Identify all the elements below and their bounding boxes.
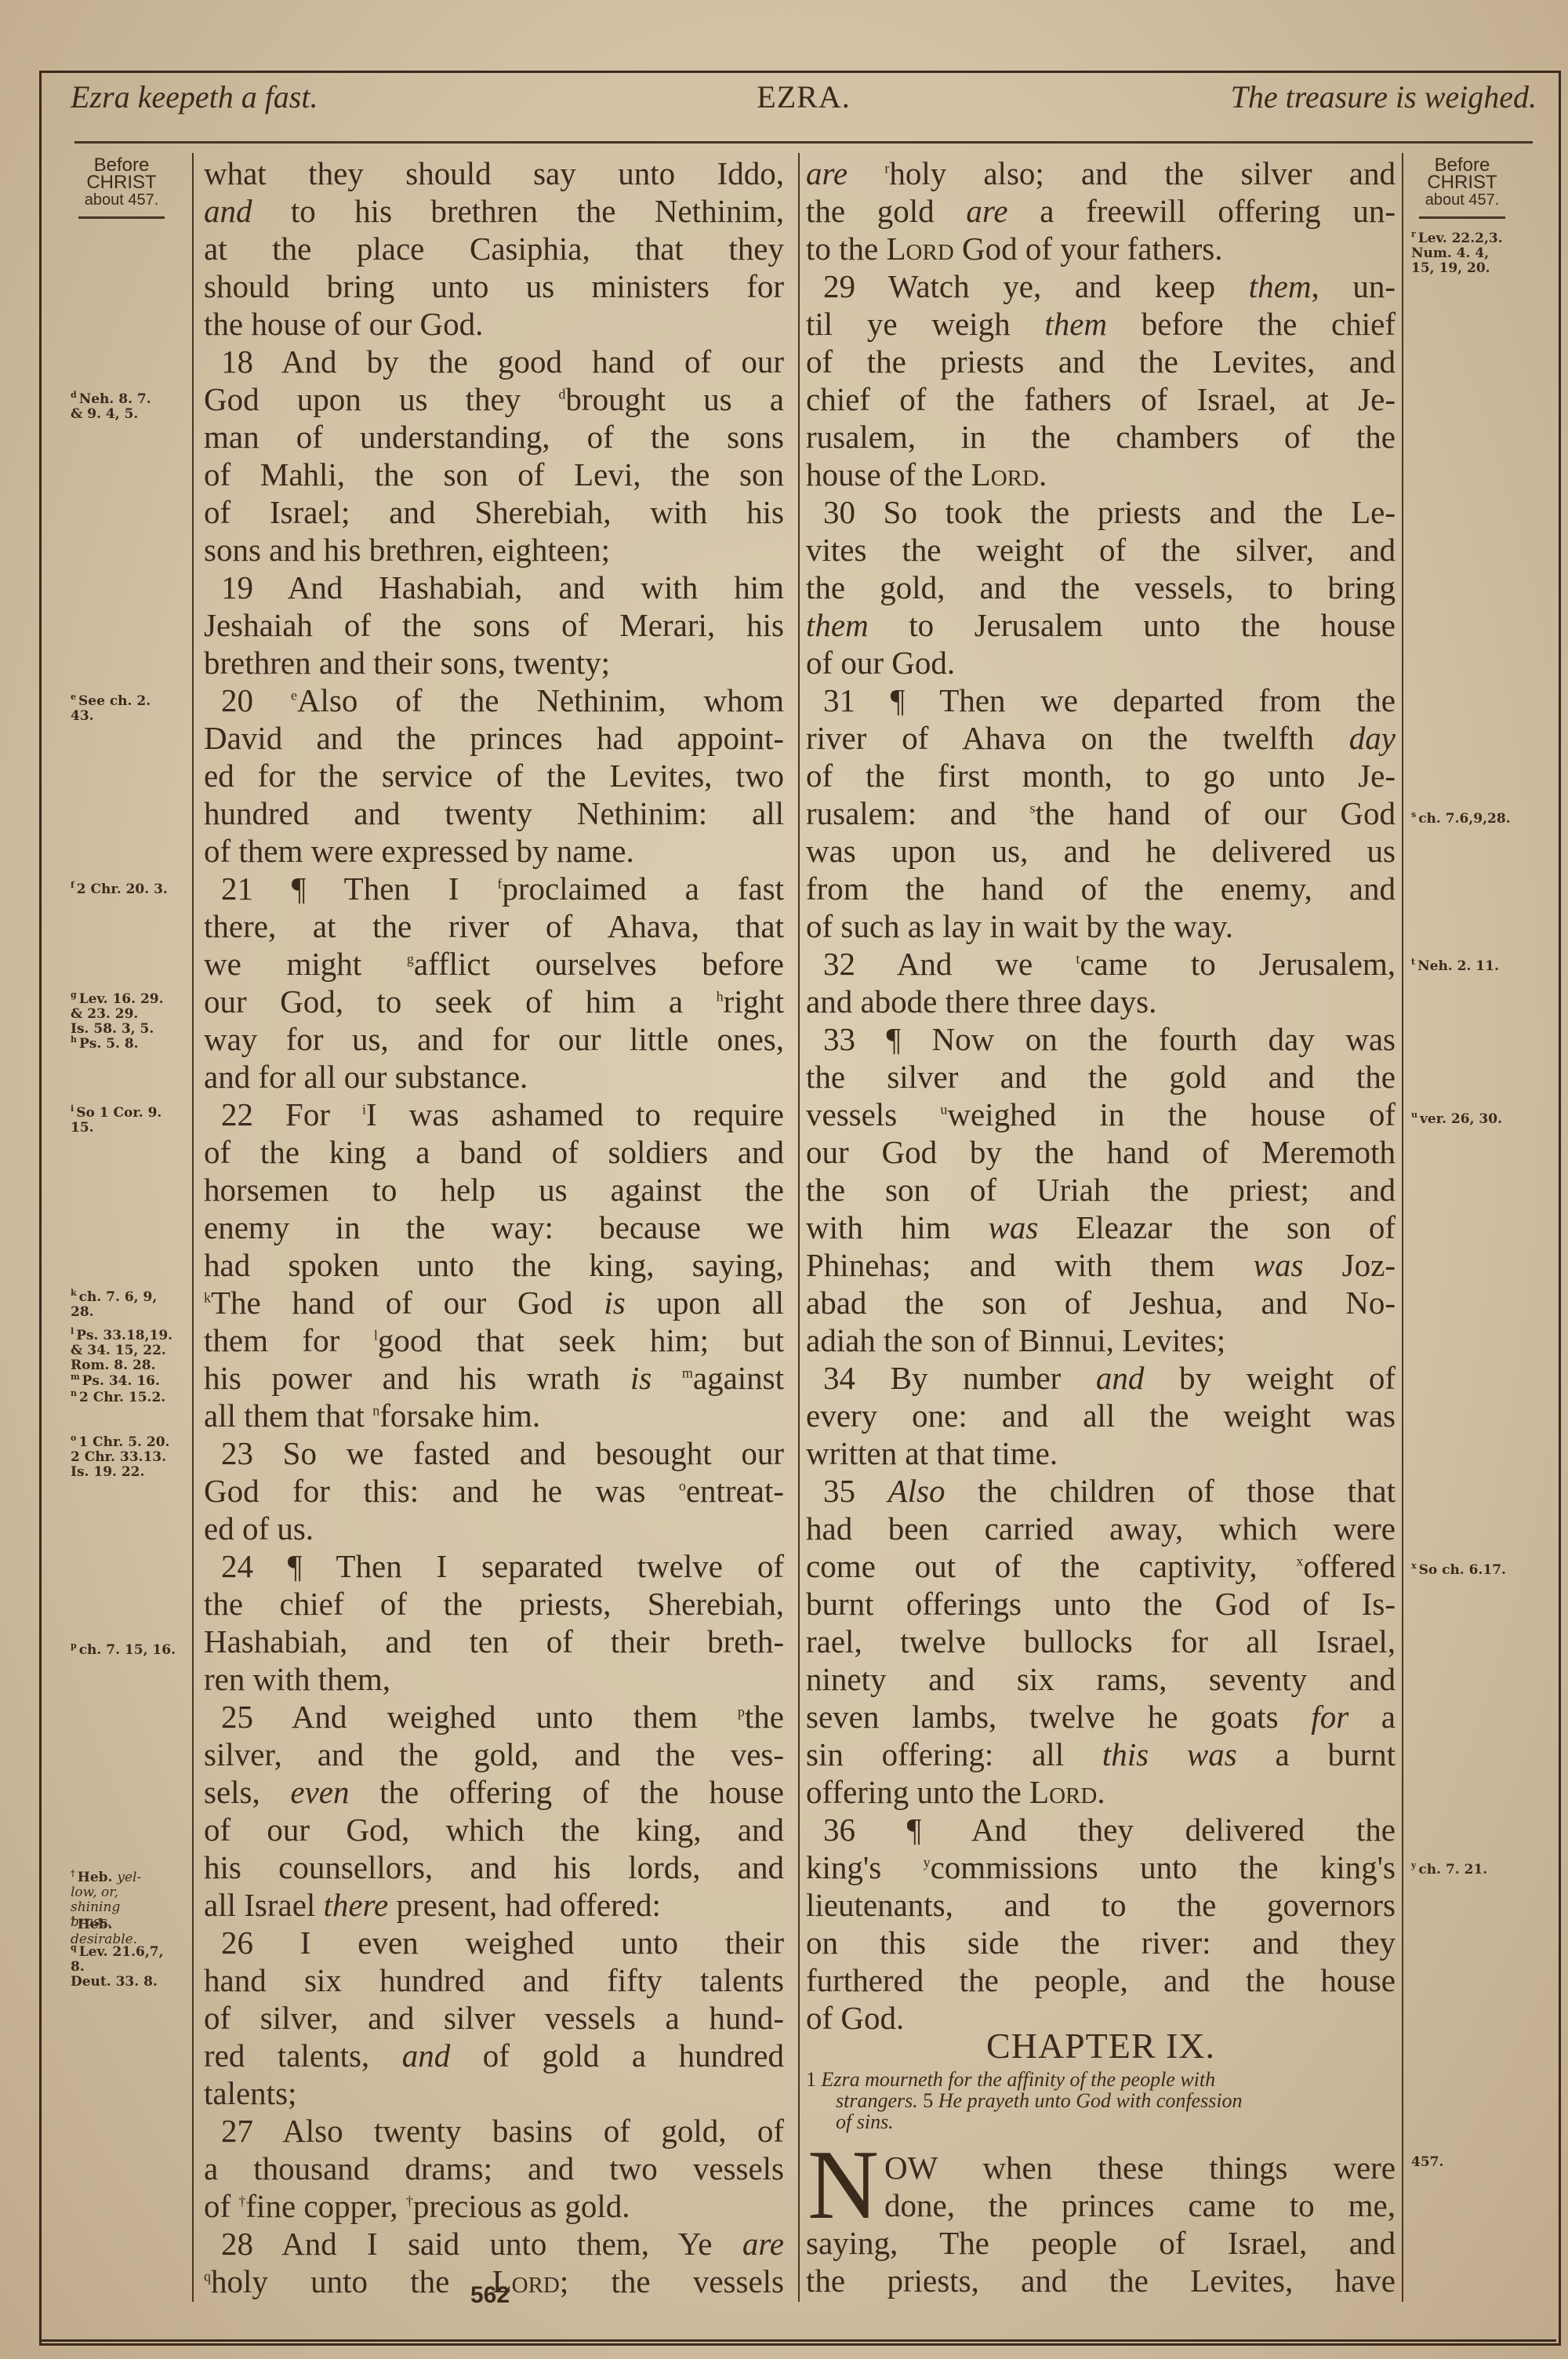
cross-reference-note: mPs. 34. 16.: [71, 1374, 188, 1389]
text-line: river of Ahava on the twelfth day: [806, 719, 1396, 757]
text-line: the chief of the priests, Sherebiah,: [204, 1585, 784, 1623]
text-line: 36 ¶ And they delivered the: [806, 1811, 1396, 1848]
text-line: our God, to seek of him a hright: [204, 983, 784, 1020]
text-line: 26 I even weighed unto their: [204, 1924, 784, 1961]
italic-word: even: [290, 1774, 349, 1810]
italic-word: this was: [1102, 1736, 1237, 1772]
small-caps-word: Lord: [1029, 1774, 1097, 1810]
page-number: 562: [470, 2282, 510, 2309]
reference-mark: i: [362, 1101, 366, 1117]
italic-word: is: [630, 1360, 652, 1396]
center-column-rule: [798, 153, 800, 2302]
cross-reference-note: lPs. 33.18,19. & 34. 15, 22. Rom. 8. 28.: [71, 1329, 188, 1373]
reference-mark: t: [1411, 957, 1415, 967]
reference-mark: g: [71, 990, 77, 1000]
reference-mark: h: [717, 988, 724, 1004]
text-line: sels, even the offering of the house: [204, 1773, 784, 1811]
text-line: lieutenants, and to the governors: [806, 1886, 1396, 1924]
text-line: of Israel; and Sherebiah, with his: [204, 493, 784, 531]
text-line: and for all our substance.: [204, 1058, 784, 1096]
text-line: enemy in the way: because we: [204, 1209, 784, 1246]
reference-mark: r: [884, 160, 889, 176]
text-line: silver, and the gold, and the ves-: [204, 1736, 784, 1773]
text-line: ninety and six rams, seventy and: [806, 1660, 1396, 1698]
text-line: rael, twelve bullocks for all Israel,: [806, 1623, 1396, 1660]
text-line: OW when these things were: [806, 2149, 1396, 2186]
reference-mark: †: [71, 1915, 75, 1925]
cross-reference-note: sch. 7.6,9,28.: [1411, 812, 1529, 827]
cross-reference-note: gLev. 16. 29. & 23. 29. Is. 58. 3, 5.: [71, 992, 188, 1037]
text-line: 24 ¶ Then I separated twelve of: [204, 1547, 784, 1585]
bc-rule: [78, 216, 165, 219]
cross-reference-note: uver. 26, 30.: [1411, 1112, 1529, 1127]
text-line: David and the princes had appoint-: [204, 719, 784, 757]
left-text-column: what they should say unto Iddo,and to hi…: [204, 154, 784, 2300]
reference-mark: o: [679, 1478, 686, 1493]
italic-word: them: [1249, 268, 1312, 304]
reference-mark: †: [406, 2193, 413, 2208]
italic-word: day: [1349, 720, 1396, 756]
cross-reference-note: xSo ch. 6.17.: [1411, 1563, 1529, 1578]
text-line: and to his brethren the Nethinim,: [204, 192, 784, 230]
reference-mark: p: [71, 1641, 77, 1651]
cross-reference-note: tNeh. 2. 11.: [1411, 959, 1529, 974]
cross-reference-note: o1 Chr. 5. 20. 2 Chr. 33.13. Is. 19. 22.: [71, 1435, 188, 1480]
text-line: 21 ¶ Then I fproclaimed a fast: [204, 870, 784, 907]
italic-word: them: [806, 607, 869, 643]
text-line: 20 eAlso of the Nethinim, whom: [204, 682, 784, 719]
text-line: the gold, and the vessels, to bring: [806, 569, 1396, 606]
text-line: sin offering: all this was a burnt: [806, 1736, 1396, 1773]
reference-mark: m: [682, 1365, 693, 1380]
reference-mark: d: [558, 386, 565, 402]
text-line: the house of our God.: [204, 305, 784, 343]
text-line: of the first month, to go unto Je-: [806, 757, 1396, 794]
reference-mark: h: [71, 1034, 77, 1045]
small-caps-word: Lord: [886, 231, 953, 267]
cross-reference-note: ych. 7. 21.: [1411, 1863, 1529, 1877]
text-line: them for lgood that seek him; but: [204, 1321, 784, 1359]
text-line: offering unto the Lord.: [806, 1773, 1396, 1811]
chapter-opening-text: OW when these things weredone, the princ…: [806, 2149, 1396, 2299]
reference-mark: l: [71, 1326, 74, 1336]
small-caps-word: Lord: [971, 456, 1039, 493]
cross-reference-note: f2 Chr. 20. 3.: [71, 882, 188, 897]
text-line: horsemen to help us against the: [204, 1171, 784, 1209]
reference-mark: l: [374, 1327, 378, 1343]
header-rule: [74, 141, 1533, 144]
reference-mark: n: [71, 1388, 77, 1398]
cross-reference-note: pch. 7. 15, 16.: [71, 1643, 188, 1658]
reference-mark: n: [372, 1402, 379, 1418]
text-line: at the place Casiphia, that they: [204, 230, 784, 267]
text-line: our God by the hand of Meremoth: [806, 1133, 1396, 1171]
reference-mark: q: [204, 2268, 211, 2284]
verse-number: 1: [806, 2068, 822, 2091]
reference-mark: s: [1411, 809, 1416, 820]
text-line: every one: and all the weight was: [806, 1397, 1396, 1434]
text-line: Jeshaiah of the sons of Merari, his: [204, 606, 784, 644]
text-line: of †fine copper, †precious as gold.: [204, 2187, 784, 2225]
text-line: all Israel there present, had offered:: [204, 1886, 784, 1924]
reference-mark: o: [71, 1433, 76, 1443]
text-line: adiah the son of Binnui, Levites;: [806, 1321, 1396, 1359]
italic-word: is: [604, 1285, 625, 1321]
text-line: done, the princes came to me,: [806, 2186, 1396, 2224]
text-line: what they should say unto Iddo,: [204, 154, 784, 192]
italic-word: them: [1044, 306, 1107, 342]
right-text-column: are rholy also; and the silver andthe go…: [806, 154, 1396, 2037]
text-line: 22 For iI was ashamed to require: [204, 1096, 784, 1133]
cross-reference-note: kch. 7. 6, 9, 28.: [71, 1290, 188, 1320]
text-line: way for us, and for our little ones,: [204, 1020, 784, 1058]
text-line: vites the weight of the silver, and: [806, 531, 1396, 569]
reference-mark: k: [71, 1288, 77, 1298]
text-line: 32 And we tcame to Jerusalem,: [806, 945, 1396, 983]
text-line: burnt offerings unto the God of Is-: [806, 1585, 1396, 1623]
text-line: God for this: and he was oentreat-: [204, 1472, 784, 1510]
reference-mark: u: [940, 1101, 947, 1117]
text-line: talents;: [204, 2074, 784, 2112]
text-line: are rholy also; and the silver and: [806, 154, 1396, 192]
italic-word: Also: [888, 1473, 946, 1509]
text-line: ed for the service of the Levites, two: [204, 757, 784, 794]
text-line: written at that time.: [806, 1434, 1396, 1472]
text-line: the silver and the gold and the: [806, 1058, 1396, 1096]
reference-mark: x: [1411, 1561, 1417, 1571]
reference-mark: s: [1030, 800, 1036, 816]
summary-line: 1 Ezra mourneth for the affinity of the …: [806, 2069, 1396, 2090]
right-column-rule: [1402, 153, 1403, 2302]
reference-mark: m: [71, 1372, 80, 1382]
cross-reference-note: qLev. 21.6,7, 8. Deut. 33. 8.: [71, 1945, 188, 1990]
text-line: house of the Lord.: [806, 456, 1396, 493]
reference-mark: r: [1411, 229, 1416, 239]
text-line: king's ycommissions unto the king's: [806, 1848, 1396, 1886]
text-line: a thousand drams; and two vessels: [204, 2150, 784, 2187]
text-line: kThe hand of our God is upon all: [204, 1284, 784, 1321]
before-christ-left: Before CHRIST about 457.: [71, 157, 172, 219]
text-line: rusalem, in the chambers of the: [806, 418, 1396, 456]
text-line: we might gafflict ourselves before: [204, 945, 784, 983]
cross-reference-note: hPs. 5. 8.: [71, 1037, 188, 1052]
left-column-rule: [192, 153, 194, 2302]
reference-mark: f: [497, 875, 502, 891]
reference-mark: y: [924, 1854, 931, 1870]
cross-reference-note: iSo 1 Cor. 9. 15.: [71, 1106, 188, 1136]
text-line: chief of the fathers of Israel, at Je-: [806, 380, 1396, 418]
reference-mark: t: [1076, 951, 1080, 966]
text-line: hand six hundred and fifty talents: [204, 1961, 784, 1999]
bc-line2: CHRIST: [71, 174, 172, 191]
text-line: and abode there three days.: [806, 983, 1396, 1020]
text-line: 31 ¶ Then we departed from the: [806, 682, 1396, 719]
bc-line3: about 457.: [1411, 191, 1513, 209]
text-line: God upon us they dbrought us a: [204, 380, 784, 418]
reference-mark: †: [71, 1868, 75, 1878]
text-line: til ye weigh them before the chief: [806, 305, 1396, 343]
text-line: the gold are a freewill offering un-: [806, 192, 1396, 230]
cross-reference-note: rLev. 22.2,3. Num. 4. 4, 15, 19, 20.: [1411, 231, 1529, 276]
text-line: with him was Eleazar the son of: [806, 1209, 1396, 1246]
text-line: was upon us, and he delivered us: [806, 832, 1396, 870]
text-line: 28 And I said unto them, Ye are: [204, 2225, 784, 2263]
cross-reference-note: dNeh. 8. 7. & 9. 4, 5.: [71, 392, 188, 422]
text-line: 34 By number and by weight of: [806, 1359, 1396, 1397]
text-line: man of understanding, of the sons: [204, 418, 784, 456]
running-head: Ezra keepeth a fast. EZRA. The treasure …: [71, 78, 1537, 125]
reference-mark: x: [1296, 1553, 1303, 1568]
text-line: seven lambs, twelve he goats for a: [806, 1698, 1396, 1736]
text-line: of silver, and silver vessels a hund-: [204, 1999, 784, 2037]
text-line: 30 So took the priests and the Le-: [806, 493, 1396, 531]
italic-word: was: [1254, 1247, 1304, 1283]
italic-word: are: [742, 2226, 784, 2262]
italic-word: was: [988, 1209, 1038, 1245]
text-line: there, at the river of Ahava, that: [204, 907, 784, 945]
text-line: Phinehas; and with them was Joz-: [806, 1246, 1396, 1284]
reference-mark: k: [204, 1289, 211, 1305]
reference-mark: y: [1411, 1860, 1416, 1870]
text-line: of the priests and the Levites, and: [806, 343, 1396, 380]
text-line: hundred and twenty Nethinim: all: [204, 794, 784, 832]
left-margin-notes: Before CHRIST about 457. dNeh. 8. 7. & 9…: [71, 157, 180, 219]
bc-line3: about 457.: [71, 191, 172, 209]
reference-mark: g: [407, 951, 414, 966]
running-head-right: The treasure is weighed.: [1231, 78, 1537, 115]
text-line: of our God.: [806, 644, 1396, 682]
text-line: from the hand of the enemy, and: [806, 870, 1396, 907]
cross-reference-note: n2 Chr. 15.2.: [71, 1390, 188, 1405]
italic-word: there: [324, 1887, 389, 1923]
text-line: the priests, and the Levites, have: [806, 2262, 1396, 2299]
summary-line: strangers. 5 He prayeth unto God with co…: [806, 2090, 1396, 2111]
text-line: come out of the captivity, xoffered: [806, 1547, 1396, 1585]
bc-rule: [1419, 216, 1505, 219]
reference-mark: u: [1411, 1110, 1417, 1120]
right-margin-notes: Before CHRIST about 457. rLev. 22.2,3. N…: [1411, 157, 1529, 219]
text-line: sons and his brethren, eighteen;: [204, 531, 784, 569]
text-line: saying, The people of Israel, and: [806, 2224, 1396, 2262]
cross-reference-note: eSee ch. 2. 43.: [71, 694, 188, 724]
reference-mark: q: [71, 1943, 77, 1953]
text-line: of them were expressed by name.: [204, 832, 784, 870]
text-line: 18 And by the good hand of our: [204, 343, 784, 380]
text-line: ren with them,: [204, 1660, 784, 1698]
reference-mark: f: [71, 880, 74, 890]
text-line: brethren and their sons, twenty;: [204, 644, 784, 682]
text-line: 29 Watch ye, and keep them, un-: [806, 267, 1396, 305]
reference-mark: e: [71, 692, 76, 702]
text-line: 35 Also the children of those that: [806, 1472, 1396, 1510]
text-line: of the king a band of soldiers and: [204, 1133, 784, 1171]
footer-rule: [39, 2339, 1556, 2342]
text-line: his power and his wrath is magainst: [204, 1359, 784, 1397]
text-line: 27 Also twenty basins of gold, of: [204, 2112, 784, 2150]
text-line: had spoken unto the king, saying,: [204, 1246, 784, 1284]
chapter-heading: CHAPTER IX.: [806, 2025, 1396, 2066]
before-christ-right: Before CHRIST about 457.: [1411, 157, 1513, 219]
italic-word: are: [806, 155, 848, 191]
text-line: Hashabiah, and ten of their breth-: [204, 1623, 784, 1660]
cross-reference-note: 457.: [1411, 2155, 1529, 2170]
text-line: rusalem: and sthe hand of our God: [806, 794, 1396, 832]
text-line: on this side the river: and they: [806, 1924, 1396, 1961]
text-line: of Mahli, the son of Levi, the son: [204, 456, 784, 493]
chapter-summary: 1 Ezra mourneth for the affinity of the …: [806, 2069, 1396, 2132]
text-line: 23 So we fasted and besought our: [204, 1434, 784, 1472]
italic-word: and: [1096, 1360, 1145, 1396]
italic-word: for: [1311, 1699, 1348, 1735]
reference-mark: d: [71, 390, 77, 400]
text-line: of our God, which the king, and: [204, 1811, 784, 1848]
text-line: 25 And weighed unto them pthe: [204, 1698, 784, 1736]
summary-line: of sins.: [806, 2111, 1396, 2132]
reference-mark: p: [738, 1703, 745, 1719]
text-line: red talents, and of gold a hundred: [204, 2037, 784, 2074]
cross-reference-note: †Heb. desirable.: [71, 1917, 188, 1947]
text-line: ed of us.: [204, 1510, 784, 1547]
verse-number: 5: [923, 2089, 938, 2112]
text-line: 19 And Hashabiah, and with him: [204, 569, 784, 606]
text-line: had been carried away, which were: [806, 1510, 1396, 1547]
reference-mark: i: [71, 1103, 74, 1114]
text-line: to the Lord God of your fathers.: [806, 230, 1396, 267]
text-line: all them that nforsake him.: [204, 1397, 784, 1434]
italic-word: and: [204, 193, 252, 229]
text-line: should bring unto us ministers for: [204, 267, 784, 305]
text-line: abad the son of Jeshua, and No-: [806, 1284, 1396, 1321]
italic-word: and: [402, 2037, 451, 2074]
text-line: vessels uweighed in the house of: [806, 1096, 1396, 1133]
text-line: of such as lay in wait by the way.: [806, 907, 1396, 945]
reference-mark: e: [291, 687, 297, 703]
text-line: his counsellors, and his lords, and: [204, 1848, 784, 1886]
text-line: the son of Uriah the priest; and: [806, 1171, 1396, 1209]
reference-mark: †: [238, 2193, 245, 2208]
italic-word: are: [966, 193, 1007, 229]
text-line: furthered the people, and the house: [806, 1961, 1396, 1999]
text-line: 33 ¶ Now on the fourth day was: [806, 1020, 1396, 1058]
text-line: them to Jerusalem unto the house: [806, 606, 1396, 644]
bc-line2: CHRIST: [1411, 174, 1513, 191]
